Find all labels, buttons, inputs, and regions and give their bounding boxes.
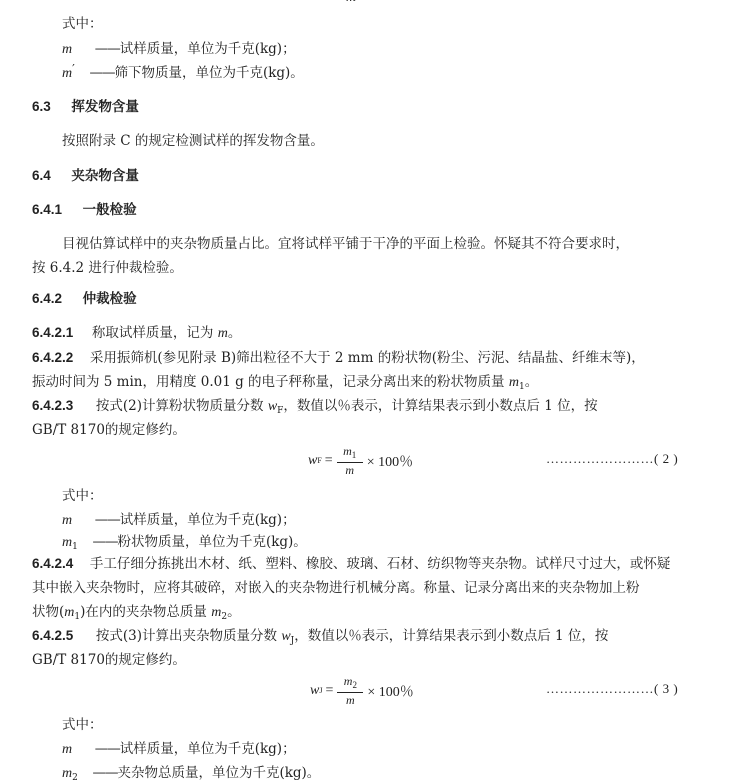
definition-m: m ——试样质量，单位为千克(kg)；	[62, 737, 296, 758]
clause-6-4-2-4-line2: 其中嵌入夹杂物时，应将其破碎，对嵌入的夹杂物进行机械分离。称量、记录分离出来的夹…	[32, 576, 640, 596]
definition-m: m ——试样质量，单位为千克(kg)；	[62, 508, 296, 529]
where-label: 式中：	[62, 12, 103, 32]
section-heading-6-4: 6.4 夹杂物含量	[32, 164, 139, 184]
equation-number-3: ……………………( 3 )	[546, 681, 678, 697]
clause-6-4-2-5-line2: GB/T 8170的规定修约。	[32, 648, 186, 668]
clause-6-4-2-4-line3: 状物(m1)在内的夹杂物总质量 m2。	[32, 600, 241, 622]
definition-m2: m2 ——夹杂物总质量，单位为千克(kg)。	[62, 761, 320, 782]
where-label: 式中：	[62, 713, 103, 733]
section-6-4-1-body-line2: 按 6.4.2 进行仲裁检验。	[32, 256, 183, 276]
clause-6-4-2-2-line1: 6.4.2.2 采用振筛机(参见附录 B)筛出粒径不大于 2 mm 的粉状物(粉…	[32, 346, 645, 366]
section-heading-6-4-1: 6.4.1 一般检验	[32, 198, 137, 218]
definition-m: m ——试样质量，单位为千克(kg)；	[62, 37, 296, 58]
definition-m-prime: m′ ——筛下物质量，单位为千克(kg)。	[62, 61, 304, 82]
formula-3: wJ = m2 m × 100％	[310, 674, 414, 707]
clause-6-4-2-1: 6.4.2.1 称取试样质量，记为 m。	[32, 321, 241, 342]
section-6-4-1-body-line1: 目视估算试样中的夹杂物质量占比。宜将试样平铺于干净的平面上检验。怀疑其不符合要求…	[62, 232, 629, 252]
clause-6-4-2-3-line1: 6.4.2.3 按式(2)计算粉状物质量分数 wF，数值以％表示，计算结果表示到…	[32, 394, 598, 416]
clause-6-4-2-2-line2: 振动时间为 5 min，用精度 0.01 g 的电子秤称量，记录分离出来的粉状物…	[32, 370, 538, 392]
where-label: 式中：	[62, 484, 103, 504]
section-heading-6-4-2: 6.4.2 仲裁检验	[32, 287, 137, 307]
section-6-3-body: 按照附录 C 的规定检测试样的挥发物含量。	[62, 129, 324, 149]
clause-6-4-2-3-line2: GB/T 8170的规定修约。	[32, 418, 186, 438]
definition-m1: m1 ——粉状物质量，单位为千克(kg)。	[62, 530, 307, 552]
partial-formula-denominator: m	[346, 0, 356, 6]
equation-number-2: ……………………( 2 )	[546, 451, 678, 467]
formula-2: wF = m1 m × 100％	[308, 444, 413, 477]
section-heading-6-3: 6.3 挥发物含量	[32, 95, 139, 115]
clause-6-4-2-5-line1: 6.4.2.5 按式(3)计算出夹杂物质量分数 wJ，数值以％表示，计算结果表示…	[32, 624, 608, 646]
clause-6-4-2-4-line1: 6.4.2.4 手工仔细分拣挑出木材、纸、塑料、橡胶、玻璃、石材、纺织物等夹杂物…	[32, 552, 670, 572]
